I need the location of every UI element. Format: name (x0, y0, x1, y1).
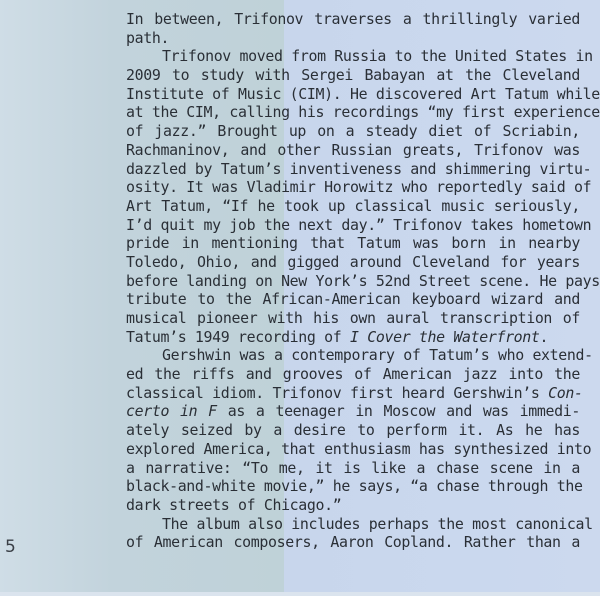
text-line: a narrative: “To me, it is like a chase … (126, 459, 580, 478)
text-segment: as a teenager in Moscow and was immedi- (217, 402, 580, 420)
text-line: Rachmaninov, and other Russian greats, T… (126, 141, 580, 160)
text-line: musical pioneer with his own aural trans… (126, 309, 580, 328)
text-line: 2009 to study with Sergei Babayan at the… (126, 66, 580, 85)
text-line: of American composers, Aaron Copland. Ra… (126, 533, 580, 552)
text-line: ed the riffs and grooves of American jaz… (126, 365, 580, 384)
italic-title: Con- (548, 384, 582, 402)
text-line: ately seized by a desire to perform it. … (126, 421, 580, 440)
text-line: In between, Trifonov traverses a thrilli… (126, 10, 580, 29)
text-line: explored America, that enthusiasm has sy… (126, 440, 580, 459)
text-segment: classical idiom. Trifonov first heard Ge… (126, 384, 548, 402)
text-line: osity. It was Vladimir Horowitz who repo… (126, 178, 580, 197)
text-line: Gershwin was a contemporary of Tatum’s w… (126, 346, 580, 365)
italic-title: certo in F (126, 402, 217, 420)
text-segment: Tatum’s 1949 recording of (126, 328, 350, 346)
page-number: 5 (5, 537, 16, 557)
text-line: classical idiom. Trifonov first heard Ge… (126, 384, 580, 403)
text-segment: . (540, 328, 549, 346)
body-text: In between, Trifonov traverses a thrilli… (126, 10, 580, 552)
text-line: before landing on New York’s 52nd Street… (126, 272, 580, 291)
text-line: dazzled by Tatum’s inventiveness and shi… (126, 160, 580, 179)
text-line: Tatum’s 1949 recording of I Cover the Wa… (126, 328, 580, 347)
text-line: I’d quit my job the next day.” Trifonov … (126, 216, 580, 235)
text-line: tribute to the African-American keyboard… (126, 290, 580, 309)
text-line: certo in F as a teenager in Moscow and w… (126, 402, 580, 421)
italic-title: I Cover the Waterfront (350, 328, 540, 346)
page-bottom-edge (0, 592, 600, 596)
text-line: dark streets of Chicago.” (126, 496, 580, 515)
text-line: at the CIM, calling his recordings “my f… (126, 103, 580, 122)
text-line: Toledo, Ohio, and gigged around Clevelan… (126, 253, 580, 272)
text-line: Trifonov moved from Russia to the United… (126, 47, 580, 66)
text-line: Institute of Music (CIM). He discovered … (126, 85, 580, 104)
text-line: black-and-white movie,” he says, “a chas… (126, 477, 580, 496)
text-line: The album also includes perhaps the most… (126, 515, 580, 534)
text-line: pride in mentioning that Tatum was born … (126, 234, 580, 253)
text-line: of jazz.” Brought up on a steady diet of… (126, 122, 580, 141)
text-line: path. (126, 29, 580, 48)
text-line: Art Tatum, “If he took up classical musi… (126, 197, 580, 216)
